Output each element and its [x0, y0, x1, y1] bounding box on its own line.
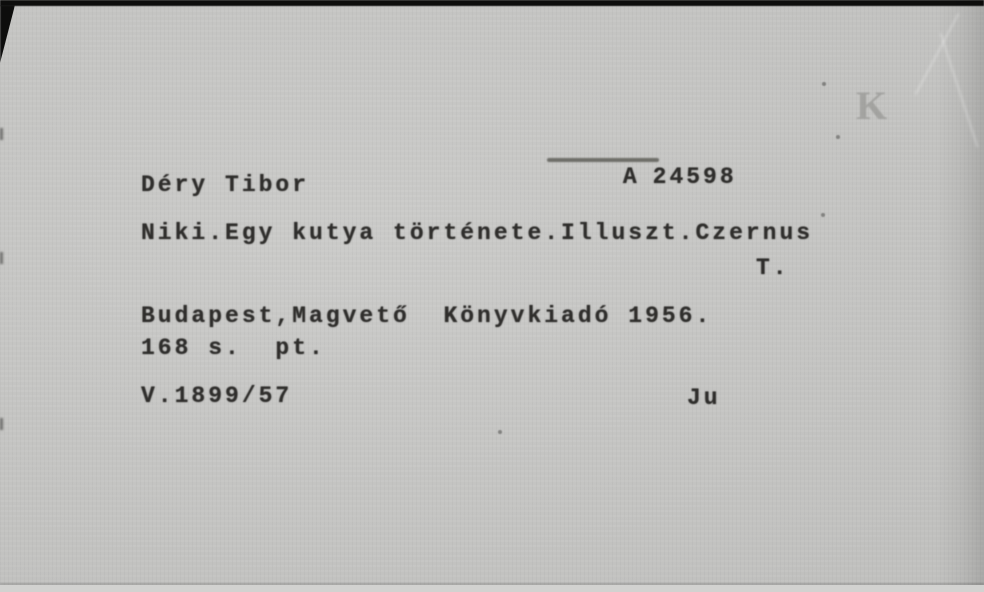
title-overflow-line: T.	[756, 253, 790, 283]
title-line: Niki.Egy kutya története.Illuszt.Czernus	[141, 218, 813, 248]
shelf-mark-line: A24598	[522, 132, 737, 222]
cataloguer-initials: Ju	[687, 383, 721, 413]
physical-description-line: 168 s. pt.	[141, 333, 326, 363]
accession-number-line: V.1899/57	[141, 381, 292, 411]
shelf-mark-underline	[547, 158, 659, 162]
catalog-card-scan: K A24598 Déry Tibor Niki.Egy kutya törté…	[0, 0, 984, 592]
shelf-mark-letter: A	[623, 164, 640, 190]
shelf-mark-number: 24598	[653, 164, 737, 190]
imprint-line: Budapest,Magvető Könyvkiadó 1956.	[141, 301, 712, 331]
author-line: Déry Tibor	[141, 170, 309, 200]
typewritten-text-layer: A24598 Déry Tibor Niki.Egy kutya történe…	[0, 0, 984, 592]
